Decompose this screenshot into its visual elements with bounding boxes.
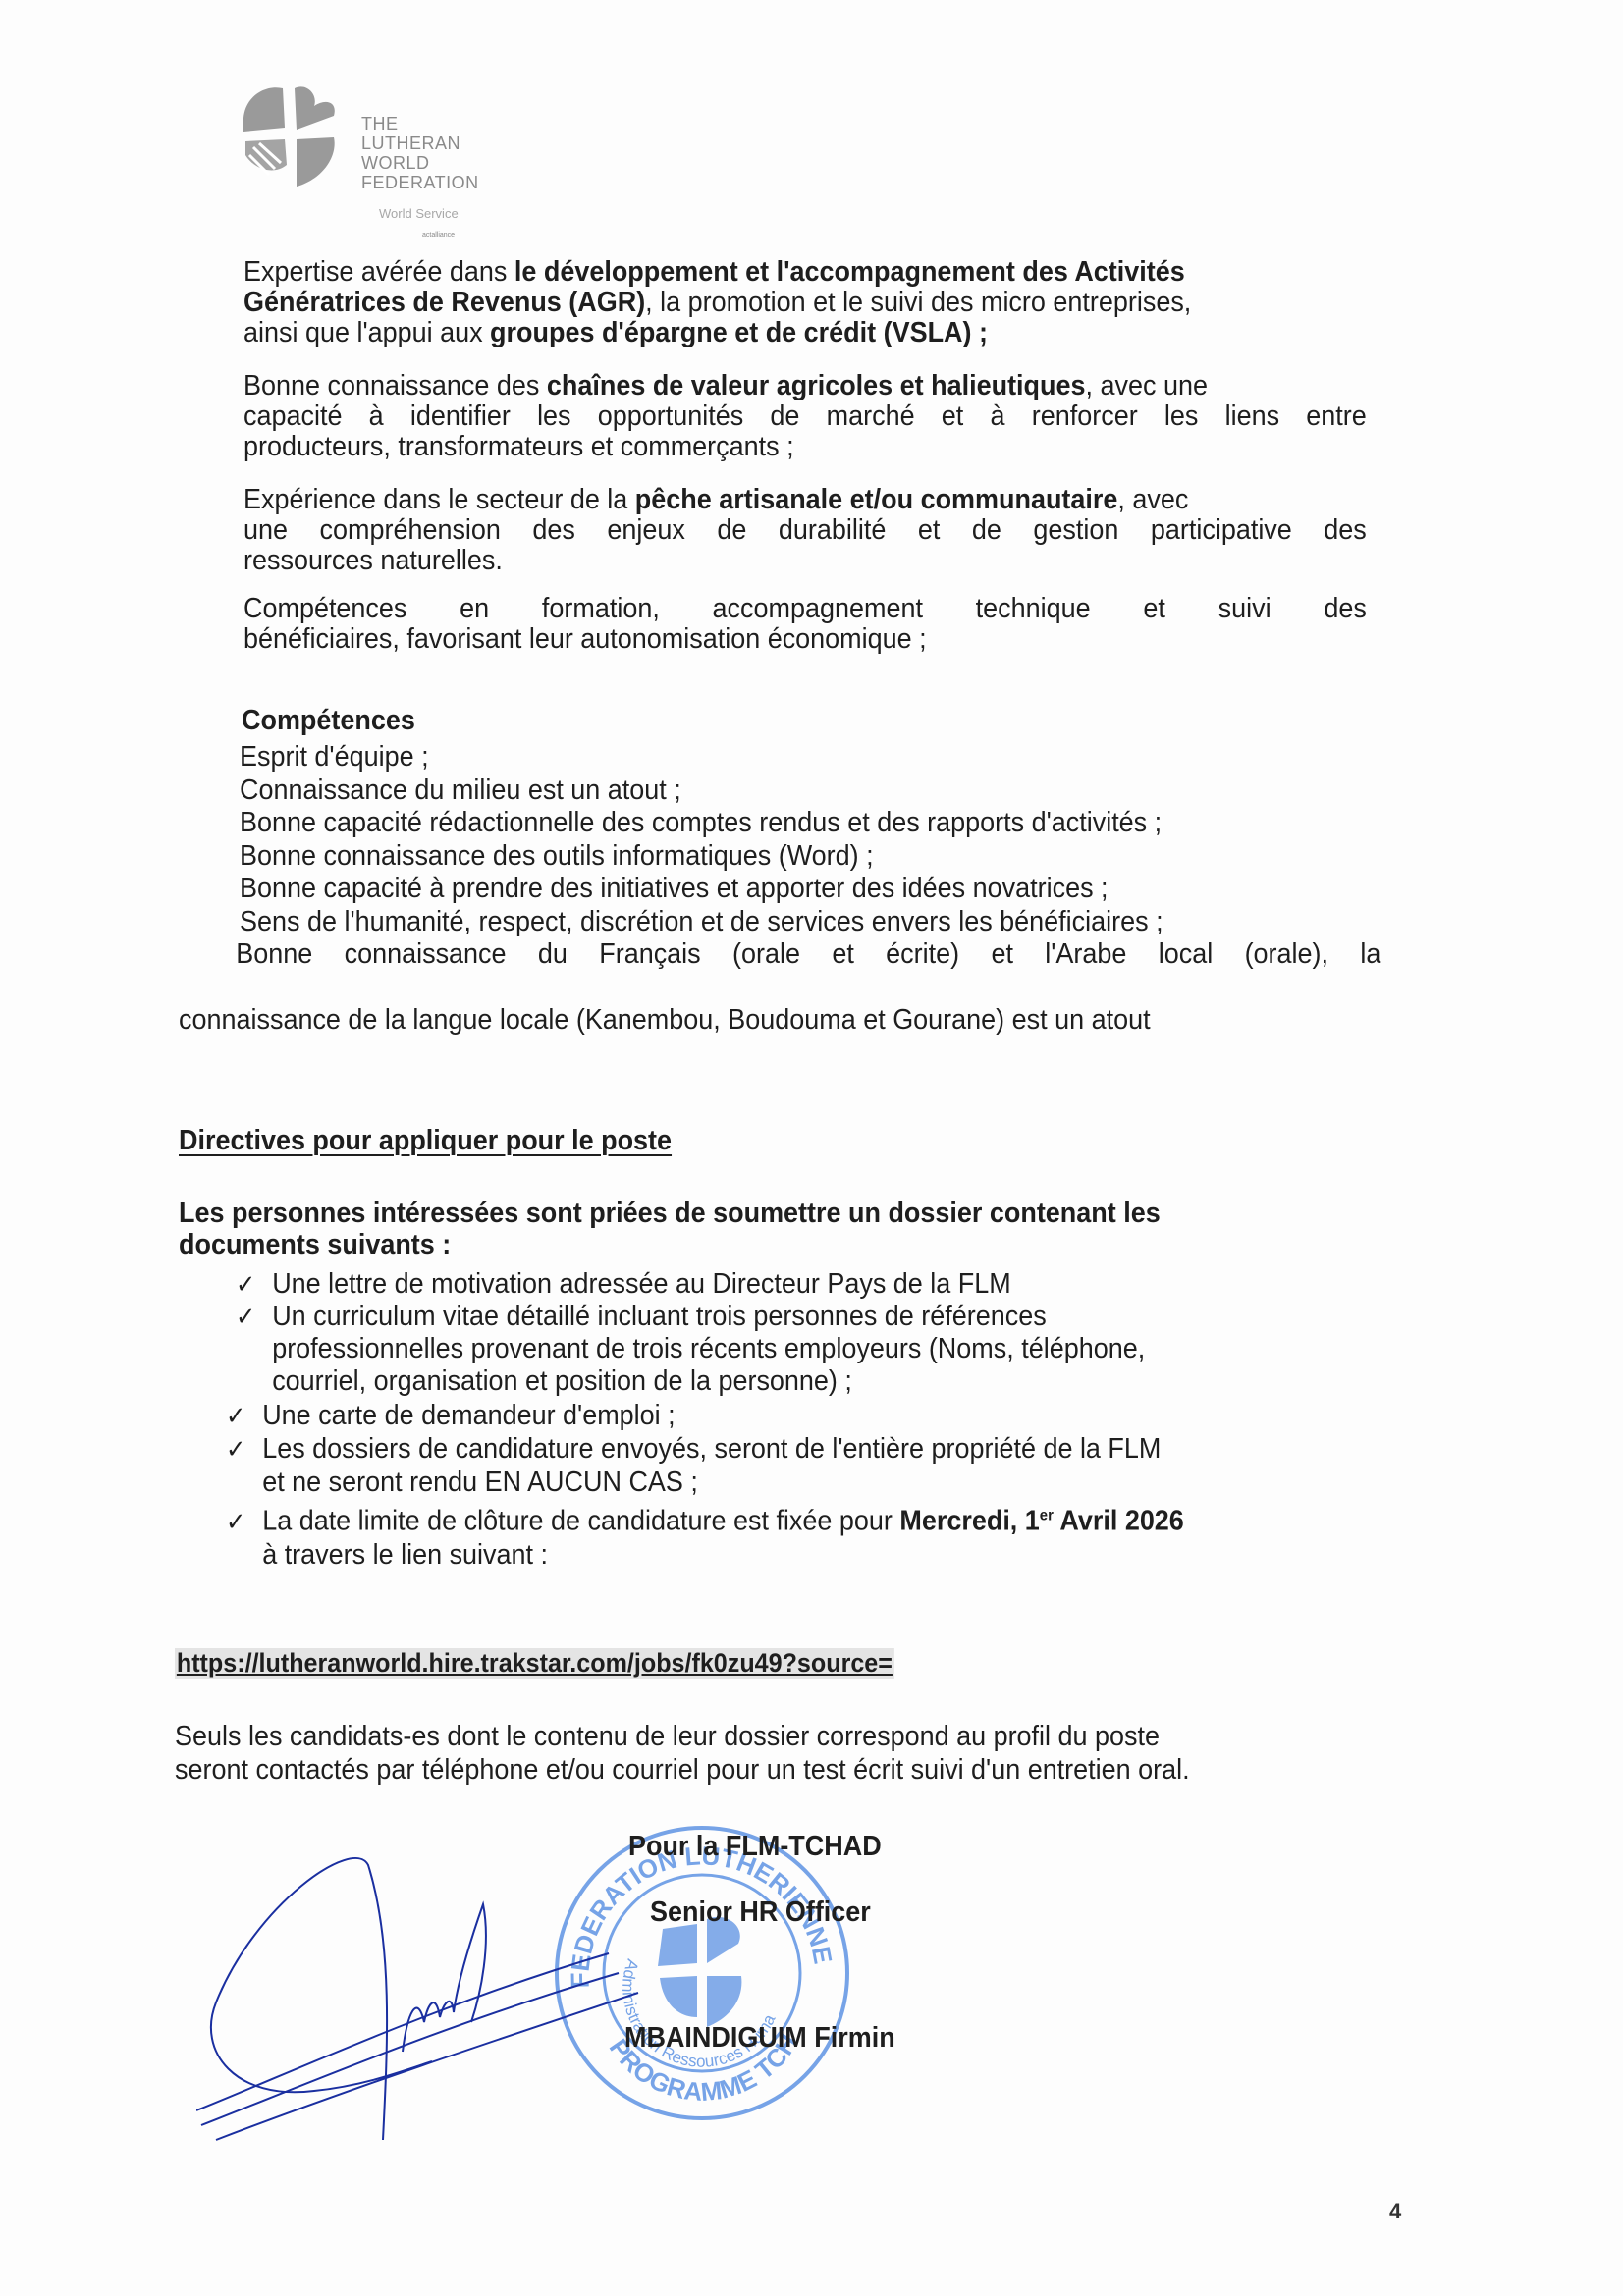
- list-item: ✓Un curriculum vitae détaillé incluant t…: [236, 1301, 1145, 1333]
- competences-list: Esprit d'équipe ; Connaissance du milieu…: [240, 741, 1381, 972]
- competence-item: Esprit d'équipe ;: [240, 741, 1381, 774]
- signature-name: MBAINDIGUIM Firmin: [624, 2022, 895, 2055]
- justified-line: Compétencesenformation,accompagnementtec…: [243, 594, 1367, 624]
- competence-item: Connaissance du milieu est un atout ;: [240, 774, 1381, 808]
- competence-item: Sens de l'humanité, respect, discrétion …: [240, 906, 1381, 939]
- competences-title: Compétences: [242, 705, 415, 737]
- logo-wordmark: THE LUTHERAN WORLD FEDERATION: [361, 114, 479, 192]
- checkmark-icon: ✓: [236, 1268, 272, 1301]
- directives-intro: Les personnes intéressées sont priées de…: [179, 1198, 1161, 1260]
- directives-title: Directives pour appliquer pour le poste: [179, 1125, 672, 1157]
- logo-tagline: actalliance: [422, 232, 455, 239]
- competence-item: Bonne capacité rédactionnelle des compte…: [240, 807, 1381, 840]
- experience-agr: Expertise avérée dans le développement e…: [243, 257, 1367, 348]
- experience-training: Compétencesenformation,accompagnementtec…: [243, 594, 1367, 655]
- list-item: ✓Une lettre de motivation adressée au Di…: [236, 1268, 1145, 1301]
- checkmark-icon: ✓: [226, 1432, 262, 1466]
- documents-list: ✓Une lettre de motivation adressée au Di…: [236, 1268, 1145, 1398]
- checkmark-icon: ✓: [226, 1399, 262, 1432]
- checkmark-icon: ✓: [236, 1301, 272, 1333]
- documents-list-2: ✓Une carte de demandeur d'emploi ; ✓Les …: [226, 1399, 1184, 1572]
- justified-line: unecompréhensiondesenjeuxdedurabilitéetd…: [243, 515, 1367, 546]
- logo-subtitle: World Service: [379, 206, 459, 221]
- lwf-logo-icon: [236, 77, 344, 194]
- competence-item-cont: connaissance de la langue locale (Kanemb…: [179, 1005, 1151, 1036]
- closing-note: Seuls les candidats-es dont le contenu d…: [175, 1720, 1190, 1787]
- signature-icon: [196, 1845, 707, 2169]
- application-link[interactable]: https://lutheranworld.hire.trakstar.com/…: [175, 1648, 894, 1679]
- signature-role: Senior HR Officer: [650, 1896, 871, 1929]
- list-item: ✓Une carte de demandeur d'emploi ;: [226, 1399, 1184, 1432]
- signature-for: Pour la FLM-TCHAD: [628, 1831, 882, 1863]
- experience-fishing: Expérience dans le secteur de la pêche a…: [243, 485, 1367, 576]
- list-item: ✓La date limite de clôture de candidatur…: [226, 1499, 1184, 1538]
- competence-item: Bonne capacité à prendre des initiatives…: [240, 873, 1381, 906]
- justified-line: capacitéàidentifierlesopportunitésdemarc…: [243, 401, 1367, 432]
- competence-item: Bonne connaissance des outils informatiq…: [240, 840, 1381, 874]
- page-number: 4: [1389, 2199, 1401, 2224]
- competence-item: BonneconnaissanceduFrançais(oraleetécrit…: [236, 938, 1380, 972]
- list-item: ✓Les dossiers de candidature envoyés, se…: [226, 1432, 1184, 1466]
- experience-value-chains: Bonne connaissance des chaînes de valeur…: [243, 371, 1367, 462]
- checkmark-icon: ✓: [226, 1505, 262, 1538]
